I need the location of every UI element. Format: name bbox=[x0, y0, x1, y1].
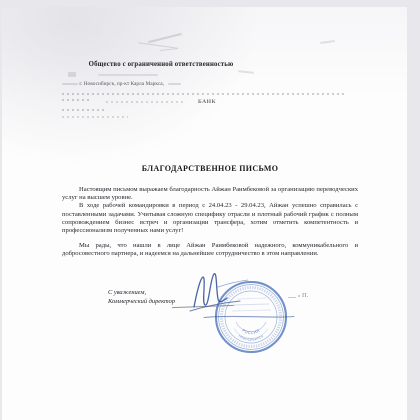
signer-role: Коммерческий директор bbox=[108, 298, 175, 307]
redacted-postcode bbox=[62, 83, 78, 85]
redacted-company-name bbox=[98, 74, 158, 76]
closing-salutation: С уважением, bbox=[108, 289, 175, 298]
redacted-detail-line bbox=[62, 93, 346, 95]
letterhead-bank-label: БАНК bbox=[198, 99, 216, 105]
redacted-detail-line bbox=[62, 99, 92, 101]
redacted-name-mark bbox=[288, 297, 296, 298]
redacted-company-name bbox=[238, 70, 254, 74]
stamp-and-signature: РОССИЯ НОВОСИБИРСК bbox=[182, 265, 317, 365]
redacted-detail-line bbox=[62, 116, 128, 118]
redacted-detail-line bbox=[62, 109, 104, 111]
signature-block: С уважением, Коммерческий директор bbox=[108, 289, 175, 306]
redacted-mark bbox=[320, 40, 335, 44]
document-scan: Общество с ограниченной ответственностью… bbox=[0, 0, 420, 420]
letter-paragraph: Настоящим письмом выражаем благодарность… bbox=[62, 186, 358, 202]
letter-body: Настоящим письмом выражаем благодарность… bbox=[62, 186, 358, 258]
letter-page: Общество с ограниченной ответственностью… bbox=[2, 7, 407, 420]
letterhead-address: г. Новосибирск, пр-кт Карла Маркса, bbox=[79, 81, 164, 87]
smudge-stroke bbox=[160, 48, 178, 51]
letterhead-address-row: г. Новосибирск, пр-кт Карла Маркса, bbox=[62, 81, 302, 87]
letterhead-company-type: Общество с ограниченной ответственностью bbox=[60, 61, 262, 68]
letter-title: БЛАГОДАРСТВЕННОЕ ПИСЬМО bbox=[62, 164, 358, 173]
redacted-building-number bbox=[168, 83, 181, 85]
stamp-city-text: НОВОСИБИРСК bbox=[238, 334, 265, 342]
smudge-stroke bbox=[148, 33, 181, 43]
redacted-name-mark bbox=[298, 295, 300, 297]
stamp-country-text: РОССИЯ bbox=[241, 328, 260, 335]
redacted-detail-line bbox=[106, 101, 184, 103]
signer-name-fragment: П. bbox=[302, 292, 308, 299]
letter-paragraph: В ходе рабочей командировки в период с 2… bbox=[62, 202, 358, 235]
redacted-company-name bbox=[68, 72, 76, 77]
letterhead-logo-smudge bbox=[130, 31, 196, 57]
letter-paragraph: Мы рады, что нашли в лице Айжан Раимбеко… bbox=[62, 242, 358, 258]
